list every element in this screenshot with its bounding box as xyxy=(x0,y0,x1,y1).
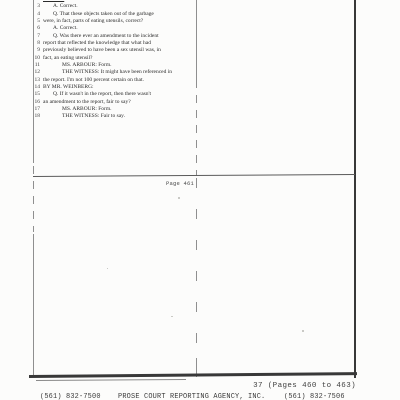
scan-speck xyxy=(178,197,180,199)
right-page-edge-rule xyxy=(354,0,356,378)
footer-phone-right: (561) 832-7506 xyxy=(284,393,345,400)
line-number: 15 xyxy=(24,91,43,98)
line-number: 10 xyxy=(24,55,43,62)
line-number: 16 xyxy=(24,99,43,106)
line-number: 4 xyxy=(24,11,43,18)
transcript-line: 7Q. Was there ever an amendment to the i… xyxy=(24,33,199,40)
middle-horizontal-rule xyxy=(33,174,355,177)
transcript-line: 15Q. If it wasn't in the report, then th… xyxy=(24,91,199,98)
line-number: 11 xyxy=(24,62,43,69)
scan-speck xyxy=(107,268,108,269)
transcript-line: 17MS. ARBOUR: Form. xyxy=(24,106,199,113)
footer-agency-line: (561) 832-7500 PROSE COURT REPORTING AGE… xyxy=(0,393,400,400)
transcript-line: 18THE WITNESS: Fair to say. xyxy=(24,113,199,120)
line-number: 6 xyxy=(24,25,43,32)
transcript-line: 10fact, an eating utensil? xyxy=(24,55,199,62)
bottom-rule-shadow xyxy=(36,379,186,381)
line-text: Q. That these objects taken out of the g… xyxy=(43,11,154,18)
line-number: 14 xyxy=(24,84,43,91)
line-text: A. Correct. xyxy=(43,3,78,10)
bottom-page-rule xyxy=(29,372,357,378)
transcript-line: 9previously believed to have been a sex … xyxy=(24,47,199,54)
line-text: an amendment to the report, fair to say? xyxy=(43,99,131,106)
transcript-line: 16an amendment to the report, fair to sa… xyxy=(24,99,199,106)
transcript-line: 6A. Correct. xyxy=(24,25,199,32)
line-number: 18 xyxy=(24,113,43,120)
line-number: 9 xyxy=(24,47,43,54)
scanned-transcript-page: 2mistaken.3A. Correct.4Q. That these obj… xyxy=(0,0,400,400)
transcript-line: 5were, in fact, parts of eating utensils… xyxy=(24,18,199,25)
line-text: the report. I'm not 100 percent certain … xyxy=(43,77,144,84)
footer-sheet-page-info: 37 (Pages 460 to 463) xyxy=(253,382,356,390)
footer-agency-name: PROSE COURT REPORTING AGENCY, INC. xyxy=(118,393,265,400)
transcript-line: 3A. Correct. xyxy=(24,3,199,10)
page-number-label: Page 461 xyxy=(148,180,194,187)
transcript-line: 8report that reflected the knowledge tha… xyxy=(24,40,199,47)
line-number: 7 xyxy=(24,33,43,40)
transcript-line: 4Q. That these objects taken out of the … xyxy=(24,11,199,18)
line-text: A. Correct. xyxy=(43,25,78,32)
transcript-line: 12THE WITNESS: It might have been refere… xyxy=(24,69,199,76)
line-text: Q. If it wasn't in the report, then ther… xyxy=(43,91,151,98)
line-number: 3 xyxy=(24,3,43,10)
line-text: MS. ARBOUR: Form. xyxy=(43,106,112,113)
transcript-lines: 2mistaken.3A. Correct.4Q. That these obj… xyxy=(24,0,199,121)
line-text: fact, an eating utensil? xyxy=(43,55,92,62)
line-number: 13 xyxy=(24,77,43,84)
transcript-line: 13the report. I'm not 100 percent certai… xyxy=(24,77,199,84)
line-number: 12 xyxy=(24,69,43,76)
line-text: previously believed to have been a sex u… xyxy=(43,47,161,54)
line-number: 17 xyxy=(24,106,43,113)
footer-phone-left: (561) 832-7500 xyxy=(40,393,101,400)
scan-speck xyxy=(171,316,173,317)
line-number: 5 xyxy=(24,18,43,25)
line-text: THE WITNESS: Fair to say. xyxy=(43,113,125,120)
line-text: THE WITNESS: It might have been referenc… xyxy=(43,69,172,76)
left-column-rule-lower xyxy=(33,234,34,376)
line-number: 8 xyxy=(24,40,43,47)
line-text: report that reflected the knowledge that… xyxy=(43,40,151,47)
center-divider-rule-sparse xyxy=(196,178,197,358)
line-text: were, in fact, parts of eating utensils,… xyxy=(43,18,143,25)
scan-speck xyxy=(302,330,304,332)
line-text: Q. Was there ever an amendment to the in… xyxy=(43,33,159,40)
